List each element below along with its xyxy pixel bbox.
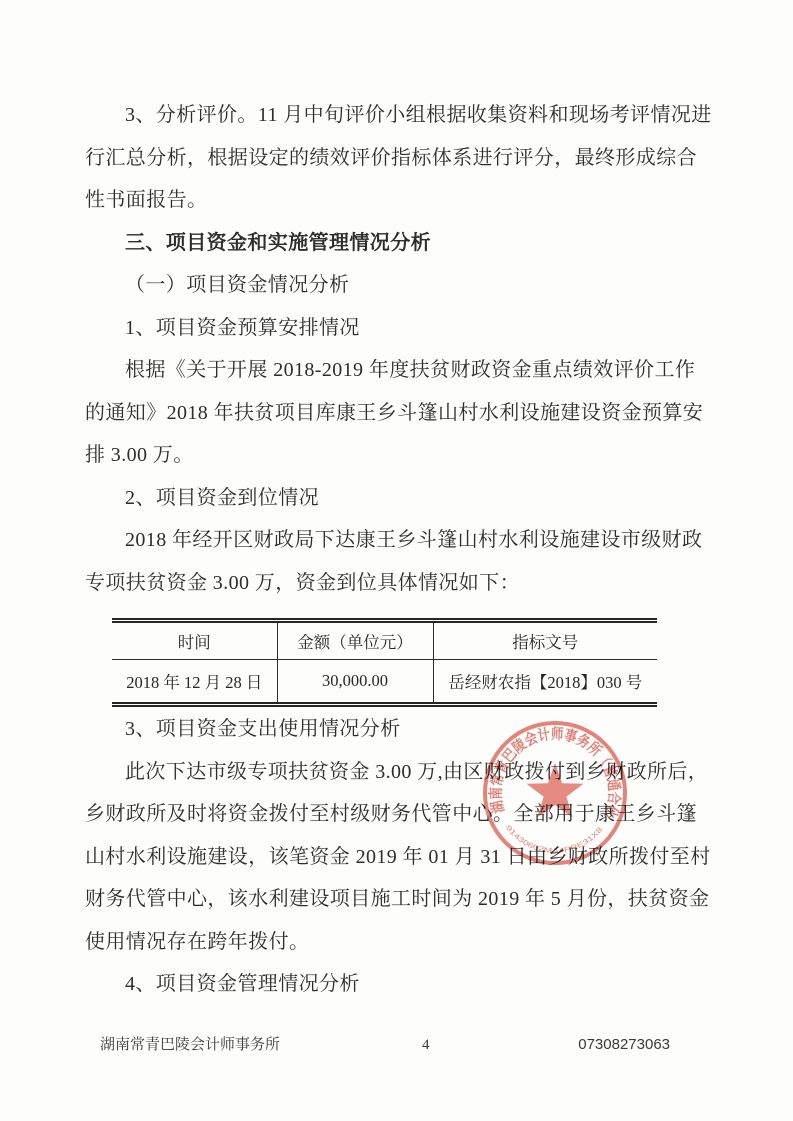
paragraph-line: 乡财政所及时将资金拨付至村级财务代管中心。全部用于康王乡斗篷: [85, 793, 717, 836]
section-heading: 三、项目资金和实施管理情况分析: [85, 222, 717, 265]
funding-table: 时间 金额（单位元） 指标文号 2018 年 12 月 28 日 30,000.…: [112, 618, 657, 707]
table-cell-time: 2018 年 12 月 28 日: [112, 660, 277, 705]
paragraph-line: 根据《关于开展 2018-2019 年度扶贫财政资金重点绩效评价工作: [85, 349, 717, 392]
paragraph-line: 2018 年经开区财政局下达康王乡斗篷山村水利设施建设市级财政: [85, 519, 717, 562]
paragraph-line: 的通知》2018 年扶贫项目库康王乡斗篷山村水利设施建设资金预算安: [85, 392, 717, 435]
table-cell-docno: 岳经财农指【2018】030 号: [433, 660, 657, 705]
paragraph-line: 使用情况存在跨年拨付。: [85, 921, 717, 964]
table-header-docno: 指标文号: [433, 621, 657, 660]
paragraph-line: 排 3.00 万。: [85, 434, 717, 477]
item-heading: 2、项目资金到位情况: [85, 477, 717, 520]
item-heading: 3、项目资金支出使用情况分析: [85, 708, 717, 751]
document-page: 3、分析评价。11 月中旬评价小组根据收集资料和现场考评情况进 行汇总分析，根据…: [0, 0, 793, 1121]
footer-page-number: 4: [422, 1035, 430, 1055]
table-header-time: 时间: [112, 621, 277, 660]
paragraph-line: 性书面报告。: [85, 179, 717, 222]
table-header-amount: 金额（单位元）: [277, 621, 433, 660]
footer-phone: 07308273063: [578, 1035, 670, 1055]
footer-company: 湖南常青巴陵会计师事务所: [100, 1035, 280, 1055]
table-header-row: 时间 金额（单位元） 指标文号: [112, 621, 657, 660]
paragraph-line: 山村水利设施建设，该笔资金 2019 年 01 月 31 日由乡财政所拨付至村: [85, 836, 717, 879]
table-cell-amount: 30,000.00: [277, 660, 433, 705]
item-heading: 4、项目资金管理情况分析: [85, 963, 717, 1006]
paragraph-line: 3、分析评价。11 月中旬评价小组根据收集资料和现场考评情况进: [85, 94, 717, 137]
paragraph-line: 专项扶贫资金 3.00 万，资金到位具体情况如下：: [85, 562, 717, 605]
paragraph-line: 此次下达市级专项扶贫资金 3.00 万,由区财政拨付到乡财政所后，: [85, 751, 717, 794]
paragraph-line: 行汇总分析，根据设定的绩效评价指标体系进行评分，最终形成综合: [85, 137, 717, 180]
table-row: 2018 年 12 月 28 日 30,000.00 岳经财农指【2018】03…: [112, 660, 657, 705]
paragraph-line: 财务代管中心，该水利建设项目施工时间为 2019 年 5 月份，扶贫资金: [85, 878, 717, 921]
item-heading: 1、项目资金预算安排情况: [85, 307, 717, 350]
subsection-heading: （一）项目资金情况分析: [85, 264, 717, 307]
body-text: 3、分析评价。11 月中旬评价小组根据收集资料和现场考评情况进 行汇总分析，根据…: [85, 0, 717, 1006]
